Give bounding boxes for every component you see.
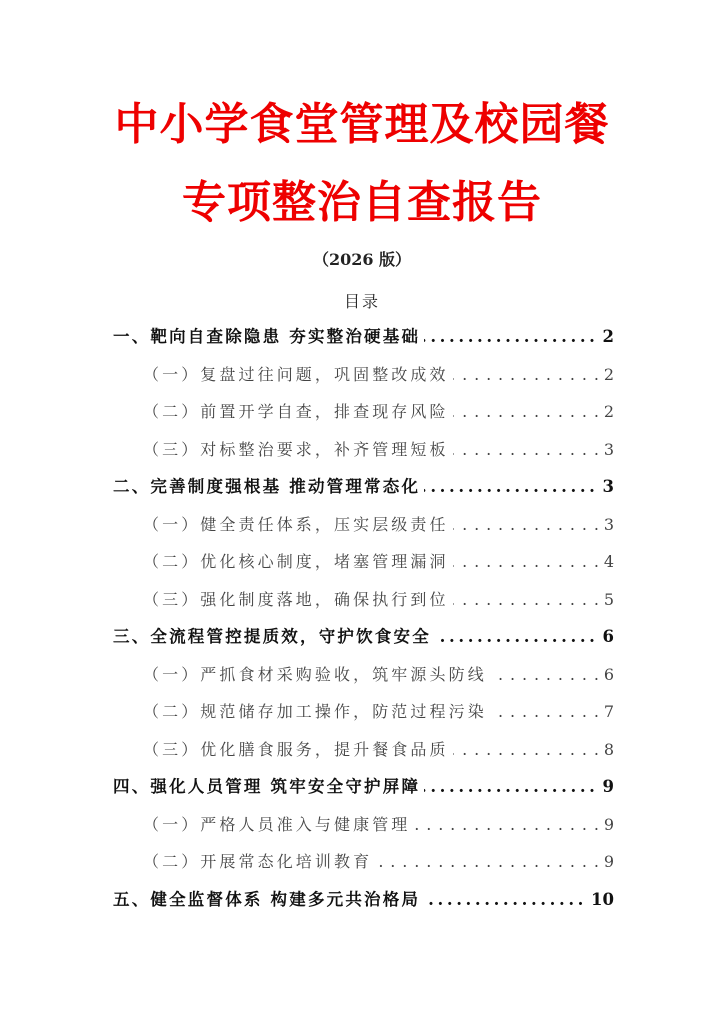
- toc-entry-section-5[interactable]: 五、健全监督体系 构建多元共治格局 10: [113, 881, 614, 919]
- toc-dot-leader: [453, 393, 600, 431]
- toc-entry-section-3[interactable]: 三、全流程管控提质效，守护饮食安全 6: [113, 618, 614, 656]
- toc-page-number: 6: [604, 656, 614, 694]
- toc-entry-label: （三）强化制度落地，确保执行到位: [143, 581, 449, 619]
- toc-entry-label: （一）严抓食材采购验收，筑牢源头防线: [143, 656, 487, 694]
- toc-page-number: 4: [604, 543, 614, 581]
- toc-entry-section-4-1[interactable]: （一）严格人员准入与健康管理 9: [113, 806, 614, 844]
- toc-dot-leader: [453, 581, 600, 619]
- toc-page-number: 10: [591, 881, 614, 919]
- toc-entry-section-4-2[interactable]: （二）开展常态化培训教育 9: [113, 843, 614, 881]
- toc-dot-leader: [491, 656, 600, 694]
- toc-dot-leader: [453, 731, 600, 769]
- toc-dot-leader: [424, 881, 587, 919]
- toc-page-number: 2: [604, 393, 614, 431]
- toc-page-number: 3: [604, 506, 614, 544]
- toc-entry-label: （二）开展常态化培训教育: [143, 843, 372, 881]
- toc-dot-leader: [453, 506, 600, 544]
- toc-entry-section-3-1[interactable]: （一）严抓食材采购验收，筑牢源头防线 6: [113, 656, 614, 694]
- toc-entry-section-1-3[interactable]: （三）对标整治要求，补齐管理短板 3: [113, 431, 614, 469]
- toc-entry-label: 二、完善制度强根基 推动管理常态化: [113, 468, 420, 506]
- toc-entry-section-1-2[interactable]: （二）前置开学自查，排查现存风险 2: [113, 393, 614, 431]
- toc-entry-section-2-1[interactable]: （一）健全责任体系，压实层级责任 3: [113, 506, 614, 544]
- toc-dot-leader: [453, 356, 600, 394]
- toc-entry-label: 三、全流程管控提质效，守护饮食安全: [113, 618, 431, 656]
- toc-page-number: 2: [603, 318, 614, 356]
- toc-entry-section-1-1[interactable]: （一）复盘过往问题，巩固整改成效 2: [113, 356, 614, 394]
- toc-entry-label: （一）严格人员准入与健康管理: [143, 806, 410, 844]
- toc-page-number: 9: [604, 806, 614, 844]
- toc-entry-label: 四、强化人员管理 筑牢安全守护屏障: [113, 768, 420, 806]
- toc-dot-leader: [424, 468, 598, 506]
- toc-entry-label: 一、靶向自查除隐患 夯实整治硬基础: [113, 318, 420, 356]
- toc-page-number: 8: [604, 731, 614, 769]
- toc-entry-section-2[interactable]: 二、完善制度强根基 推动管理常态化 3: [113, 468, 614, 506]
- table-of-contents: 一、靶向自查除隐患 夯实整治硬基础 2 （一）复盘过往问题，巩固整改成效 2 （…: [113, 318, 614, 918]
- document-title-line-1: 中小学食堂管理及校园餐: [0, 103, 724, 147]
- toc-entry-label: 五、健全监督体系 构建多元共治格局: [113, 881, 420, 919]
- toc-page-number: 7: [604, 693, 614, 731]
- toc-dot-leader: [453, 431, 600, 469]
- toc-entry-section-3-2[interactable]: （二）规范储存加工操作，防范过程污染 7: [113, 693, 614, 731]
- toc-page-number: 6: [603, 618, 614, 656]
- toc-entry-label: （二）前置开学自查，排查现存风险: [143, 393, 449, 431]
- toc-dot-leader: [414, 806, 599, 844]
- document-title-line-2: 专项整治自查报告: [0, 181, 724, 225]
- edition-label: （2026 版）: [0, 247, 724, 270]
- toc-page-number: 3: [604, 431, 614, 469]
- toc-page-number: 5: [604, 581, 614, 619]
- toc-entry-label: （一）复盘过往问题，巩固整改成效: [143, 356, 449, 394]
- toc-page-number: 9: [604, 843, 614, 881]
- toc-entry-section-2-3[interactable]: （三）强化制度落地，确保执行到位 5: [113, 581, 614, 619]
- toc-entry-label: （二）优化核心制度，堵塞管理漏洞: [143, 543, 449, 581]
- toc-dot-leader: [453, 543, 600, 581]
- toc-entry-section-4[interactable]: 四、强化人员管理 筑牢安全守护屏障 9: [113, 768, 614, 806]
- toc-page-number: 9: [603, 768, 614, 806]
- toc-dot-leader: [376, 843, 600, 881]
- toc-dot-leader: [491, 693, 600, 731]
- toc-entry-section-2-2[interactable]: （二）优化核心制度，堵塞管理漏洞 4: [113, 543, 614, 581]
- toc-entry-label: （三）对标整治要求，补齐管理短板: [143, 431, 449, 469]
- toc-entry-label: （一）健全责任体系，压实层级责任: [143, 506, 449, 544]
- toc-dot-leader: [424, 768, 598, 806]
- toc-entry-label: （二）规范储存加工操作，防范过程污染: [143, 693, 487, 731]
- toc-entry-section-3-3[interactable]: （三）优化膳食服务，提升餐食品质 8: [113, 731, 614, 769]
- toc-page-number: 2: [604, 356, 614, 394]
- toc-entry-section-1[interactable]: 一、靶向自查除隐患 夯实整治硬基础 2: [113, 318, 614, 356]
- toc-dot-leader: [435, 618, 599, 656]
- toc-heading: 目录: [0, 289, 724, 312]
- toc-dot-leader: [424, 318, 598, 356]
- toc-page-number: 3: [603, 468, 614, 506]
- toc-entry-label: （三）优化膳食服务，提升餐食品质: [143, 731, 449, 769]
